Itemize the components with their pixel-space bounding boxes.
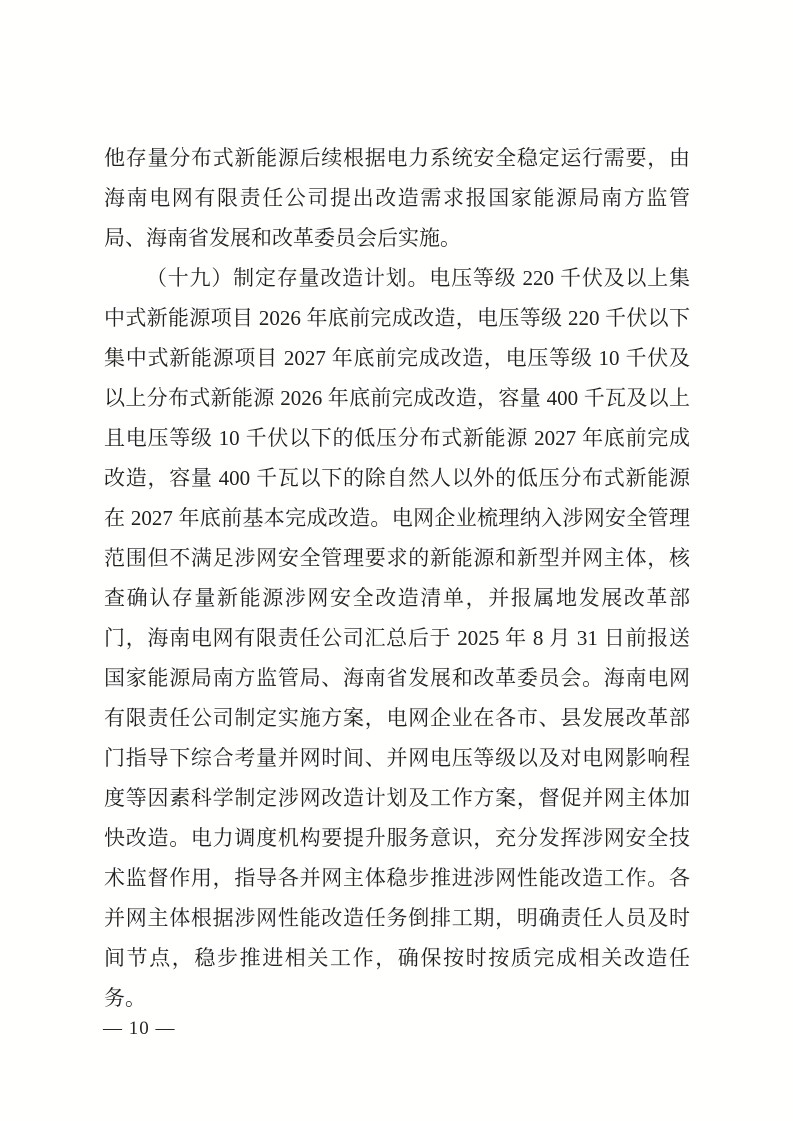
body-paragraph-item-19: （十九）制定存量改造计划。电压等级 220 千伏及以上集中式新能源项目 2026… <box>104 258 690 1018</box>
body-paragraph-continuation: 他存量分布式新能源后续根据电力系统安全稳定运行需要，由海南电网有限责任公司提出改… <box>104 138 690 258</box>
page-number: — 10 — <box>103 1015 176 1043</box>
document-page: 他存量分布式新能源后续根据电力系统安全稳定运行需要，由海南电网有限责任公司提出改… <box>0 0 793 1121</box>
document-body: 他存量分布式新能源后续根据电力系统安全稳定运行需要，由海南电网有限责任公司提出改… <box>104 138 690 1018</box>
